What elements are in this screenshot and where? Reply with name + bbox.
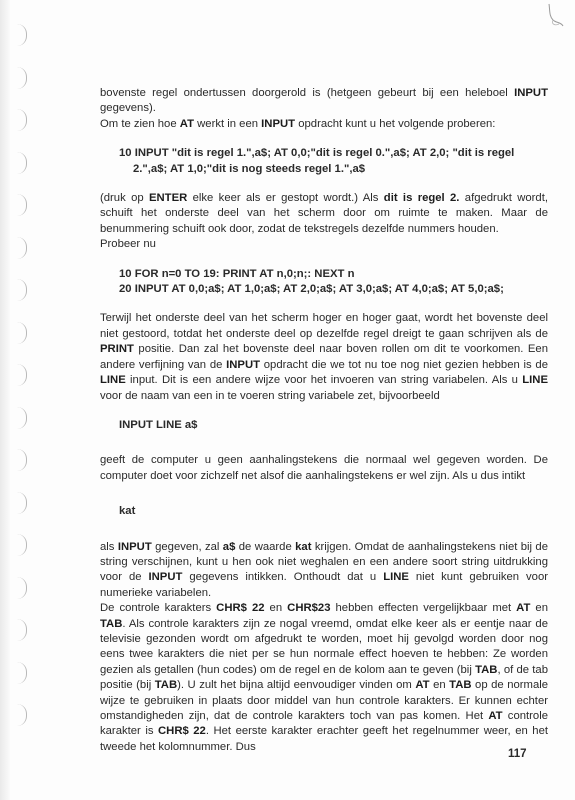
bold-keyword: kat bbox=[295, 541, 311, 553]
bold-keyword: CHR$ 22 bbox=[158, 725, 206, 737]
bold-keyword: INPUT bbox=[226, 359, 260, 371]
text-run: hebben effecten vergelijkbaar met bbox=[330, 602, 516, 614]
text-run: gegevens intikken. Onthoudt dat u bbox=[182, 571, 383, 583]
binder-hole bbox=[16, 24, 27, 46]
text-run: opdracht kunt u het volgende proberen: bbox=[295, 118, 495, 130]
bold-keyword: CHR$23 bbox=[287, 602, 330, 614]
code-listing-2: 10 FOR n=0 TO 19: PRINT AT n,0;n;: NEXT … bbox=[119, 267, 548, 298]
bold-keyword: LINE bbox=[522, 374, 548, 386]
paragraph-quotes: geeft de computer u geen aanhalingsteken… bbox=[100, 453, 548, 484]
bold-keyword: TAB bbox=[155, 679, 177, 691]
binder-hole bbox=[16, 619, 27, 641]
bold-keyword: LINE bbox=[100, 374, 126, 386]
text-run: Probeer nu bbox=[100, 238, 156, 250]
binder-hole bbox=[16, 237, 27, 259]
text-run: geeft de computer u geen aanhalingsteken… bbox=[100, 454, 548, 481]
paragraph-probeer: Probeer nu bbox=[100, 237, 548, 252]
bold-keyword: INPUT bbox=[261, 118, 295, 130]
text-run: ). U zult het bijna altijd eenvoudiger v… bbox=[177, 679, 415, 691]
paragraph-at-input: Om te zien hoe AT werkt in een INPUT opd… bbox=[100, 117, 548, 132]
bold-keyword: TAB bbox=[449, 679, 471, 691]
bold-keyword: INPUT bbox=[149, 571, 183, 583]
text-run: opdracht die we tot nu toe nog niet gezi… bbox=[260, 359, 548, 371]
bold-keyword: a$ bbox=[223, 541, 236, 553]
bold-keyword: AT bbox=[180, 118, 194, 130]
text-run: Om te zien hoe bbox=[100, 118, 180, 130]
code-line: 10 INPUT "dit is regel 1.",a$; AT 0,0;"d… bbox=[119, 146, 548, 177]
text-run: gegevens). bbox=[100, 102, 156, 114]
code-input-line: INPUT LINE a$ bbox=[119, 418, 548, 433]
bold-keyword: TAB bbox=[100, 618, 122, 630]
binder-hole bbox=[16, 662, 27, 684]
binder-hole bbox=[16, 364, 27, 386]
bold-keyword: TAB bbox=[475, 664, 497, 676]
code-line: 10 FOR n=0 TO 19: PRINT AT n,0;n;: NEXT … bbox=[119, 267, 548, 282]
binder-hole bbox=[16, 279, 27, 301]
paragraph-scrolling: Terwijl het onderste deel van het scherm… bbox=[100, 311, 548, 403]
text-run: (druk op bbox=[100, 192, 149, 204]
text-run: gegeven, zal bbox=[152, 541, 223, 553]
binder-hole bbox=[16, 577, 27, 599]
bold-keyword: ENTER bbox=[149, 192, 187, 204]
bold-keyword: AT bbox=[415, 679, 429, 691]
binder-holes bbox=[0, 0, 40, 800]
bold-keyword: AT bbox=[488, 710, 502, 722]
binder-hole bbox=[16, 109, 27, 131]
bold-keyword: INPUT bbox=[514, 87, 548, 99]
code-line: 20 INPUT AT 0,0;a$; AT 1,0;a$; AT 2,0;a$… bbox=[119, 282, 548, 297]
paragraph-line-note: als INPUT gegeven, zal a$ de waarde kat … bbox=[100, 540, 548, 602]
text-run: Terwijl het onderste deel van het scherm… bbox=[100, 312, 548, 339]
binder-hole bbox=[16, 449, 27, 471]
bold-keyword: LINE bbox=[383, 571, 409, 583]
bold-keyword: PRINT bbox=[100, 343, 134, 355]
page-body: bovenste regel ondertussen doorgerold is… bbox=[100, 86, 548, 755]
code-listing-1: 10 INPUT "dit is regel 1.",a$; AT 0,0;"d… bbox=[119, 146, 548, 177]
text-run: input. Dit is een andere wijze voor het … bbox=[126, 374, 523, 386]
paragraph-intro: bovenste regel ondertussen doorgerold is… bbox=[100, 86, 548, 117]
binder-hole bbox=[16, 152, 27, 174]
bold-keyword: INPUT bbox=[118, 541, 152, 553]
binder-hole bbox=[16, 704, 27, 726]
book-page: bovenste regel ondertussen doorgerold is… bbox=[0, 0, 575, 800]
binder-hole bbox=[16, 407, 27, 429]
text-run: De controle karakters bbox=[100, 602, 216, 614]
binder-hole bbox=[16, 322, 27, 344]
text-run: de waarde bbox=[235, 541, 295, 553]
text-run: en bbox=[430, 679, 450, 691]
bold-keyword: CHR$ 22 bbox=[216, 602, 264, 614]
paragraph-control-chars: De controle karakters CHR$ 22 en CHR$23 … bbox=[100, 601, 548, 755]
bold-keyword: dit is regel 2. bbox=[384, 192, 460, 204]
bold-keyword: AT bbox=[516, 602, 530, 614]
binder-hole bbox=[16, 67, 27, 89]
binder-hole bbox=[16, 534, 27, 556]
binder-hole bbox=[16, 492, 27, 514]
paragraph-enter: (druk op ENTER elke keer als er gestopt … bbox=[100, 191, 548, 237]
text-run: werkt in een bbox=[194, 118, 261, 130]
text-run: elke keer als er gestopt wordt.) Als bbox=[187, 192, 384, 204]
code-kat: kat bbox=[119, 504, 548, 519]
text-run: en bbox=[530, 602, 548, 614]
page-corner-curl-icon bbox=[547, 2, 565, 28]
text-run: en bbox=[265, 602, 288, 614]
text-run: als bbox=[100, 541, 118, 553]
text-run: voor de naam van een in te voeren string… bbox=[100, 390, 440, 402]
text-run: bovenste regel ondertussen doorgerold is… bbox=[100, 87, 514, 99]
page-number: 117 bbox=[508, 748, 527, 760]
binder-hole bbox=[16, 194, 27, 216]
